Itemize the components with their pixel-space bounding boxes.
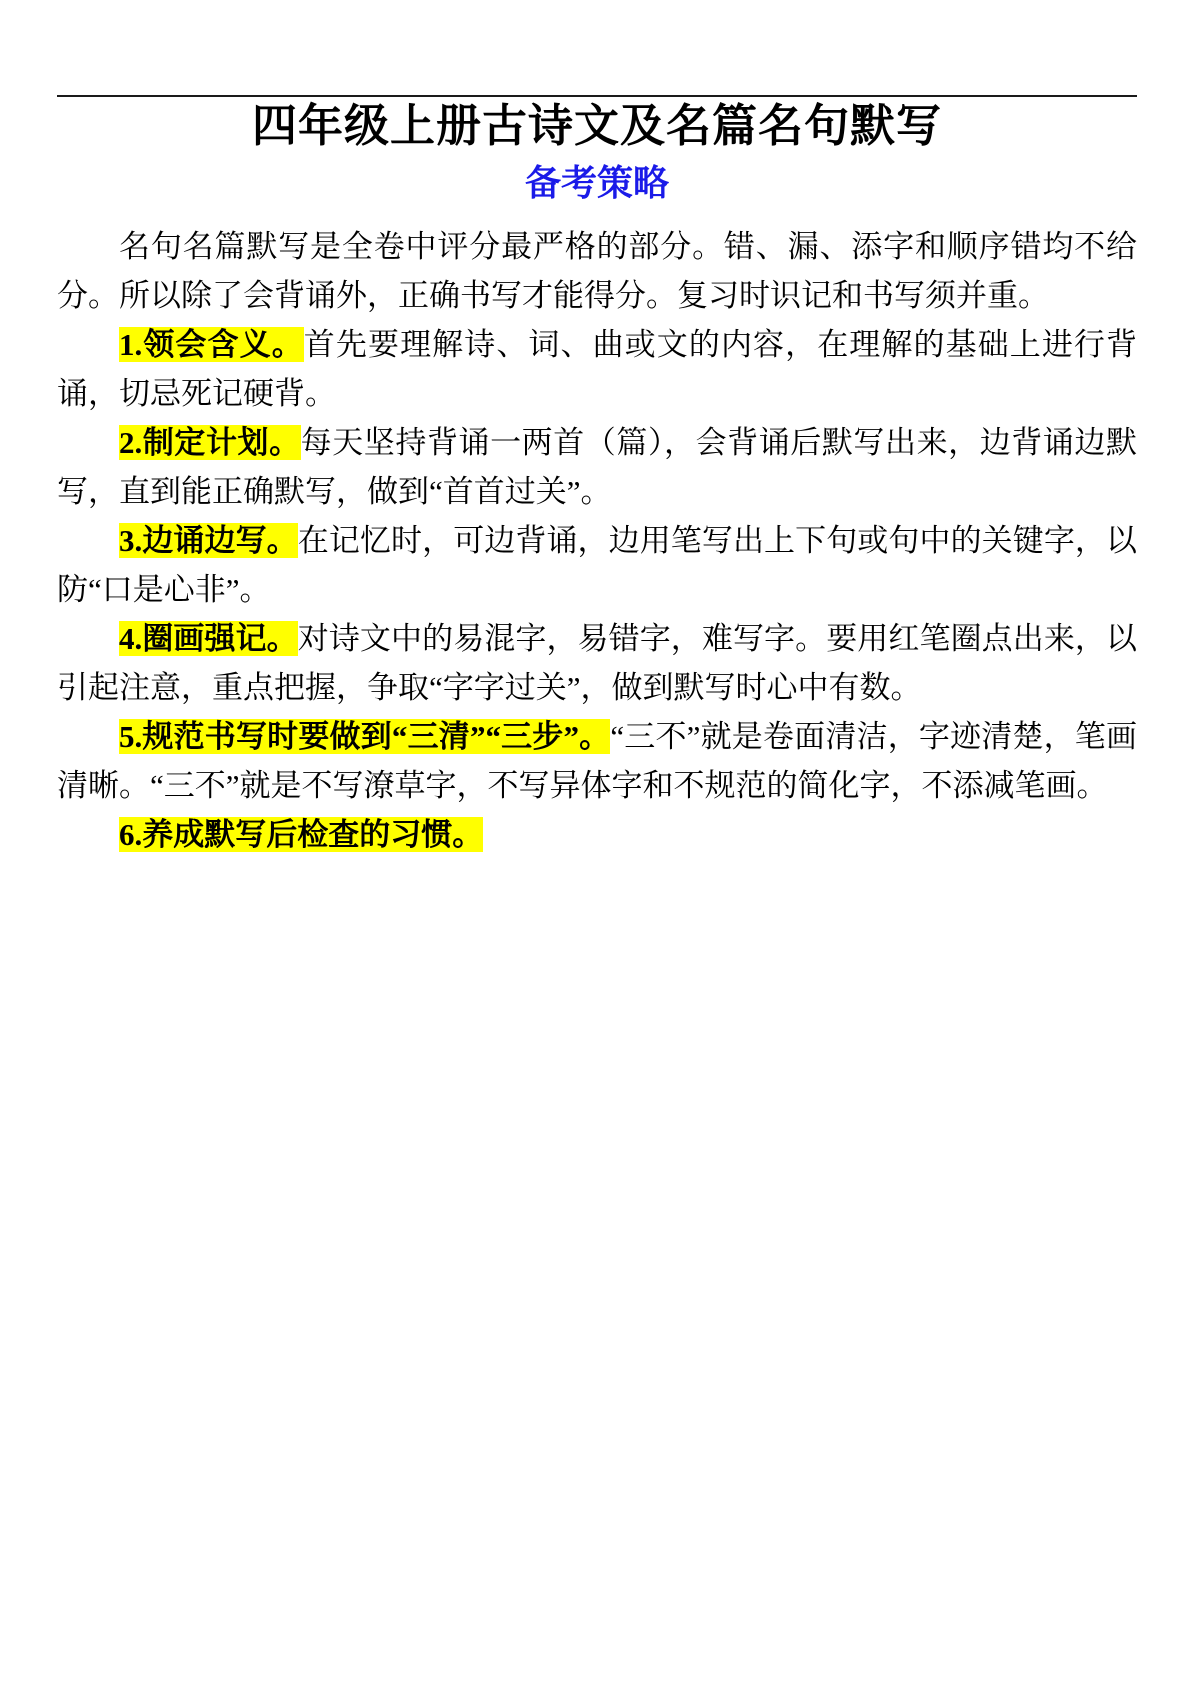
- paragraph-point-2: 2.制定计划。每天坚持背诵一两首（篇），会背诵后默写出来，边背诵边默写，直到能正…: [57, 418, 1137, 516]
- page-title: 四年级上册古诗文及名篇名句默写: [57, 98, 1137, 154]
- body-text: 名句名篇默写是全卷中评分最严格的部分。错、漏、添字和顺序错均不给分。所以除了会背…: [57, 229, 1137, 313]
- paragraph-point-5: 5.规范书写时要做到“三清”“三步”。“三不”就是卷面清洁，字迹清楚，笔画清晰。…: [57, 712, 1137, 810]
- highlighted-lead-5: 5.规范书写时要做到“三清”“三步”。: [119, 719, 610, 754]
- highlighted-lead-1: 1.领会含义。: [119, 327, 304, 362]
- highlighted-lead-4: 4.圈画强记。: [119, 621, 298, 656]
- paragraph-point-4: 4.圈画强记。对诗文中的易混字，易错字，难写字。要用红笔圈点出来，以引起注意，重…: [57, 614, 1137, 712]
- paragraph-point-6: 6.养成默写后检查的习惯。: [57, 810, 1137, 859]
- paragraph-intro: 名句名篇默写是全卷中评分最严格的部分。错、漏、添字和顺序错均不给分。所以除了会背…: [57, 222, 1137, 320]
- document-page: 四年级上册古诗文及名篇名句默写 备考策略 名句名篇默写是全卷中评分最严格的部分。…: [0, 0, 1191, 1684]
- paragraph-point-1: 1.领会含义。首先要理解诗、词、曲或文的内容，在理解的基础上进行背诵，切忌死记硬…: [57, 320, 1137, 418]
- section-subtitle: 备考策略: [57, 158, 1137, 208]
- highlighted-lead-2: 2.制定计划。: [119, 425, 301, 460]
- header-rule-divider: [57, 95, 1137, 97]
- paragraph-point-3: 3.边诵边写。在记忆时，可边背诵，边用笔写出上下句或句中的关键字，以防“口是心非…: [57, 516, 1137, 614]
- highlighted-lead-6: 6.养成默写后检查的习惯。: [119, 817, 483, 852]
- highlighted-lead-3: 3.边诵边写。: [119, 523, 298, 558]
- document-body: 名句名篇默写是全卷中评分最严格的部分。错、漏、添字和顺序错均不给分。所以除了会背…: [57, 222, 1137, 859]
